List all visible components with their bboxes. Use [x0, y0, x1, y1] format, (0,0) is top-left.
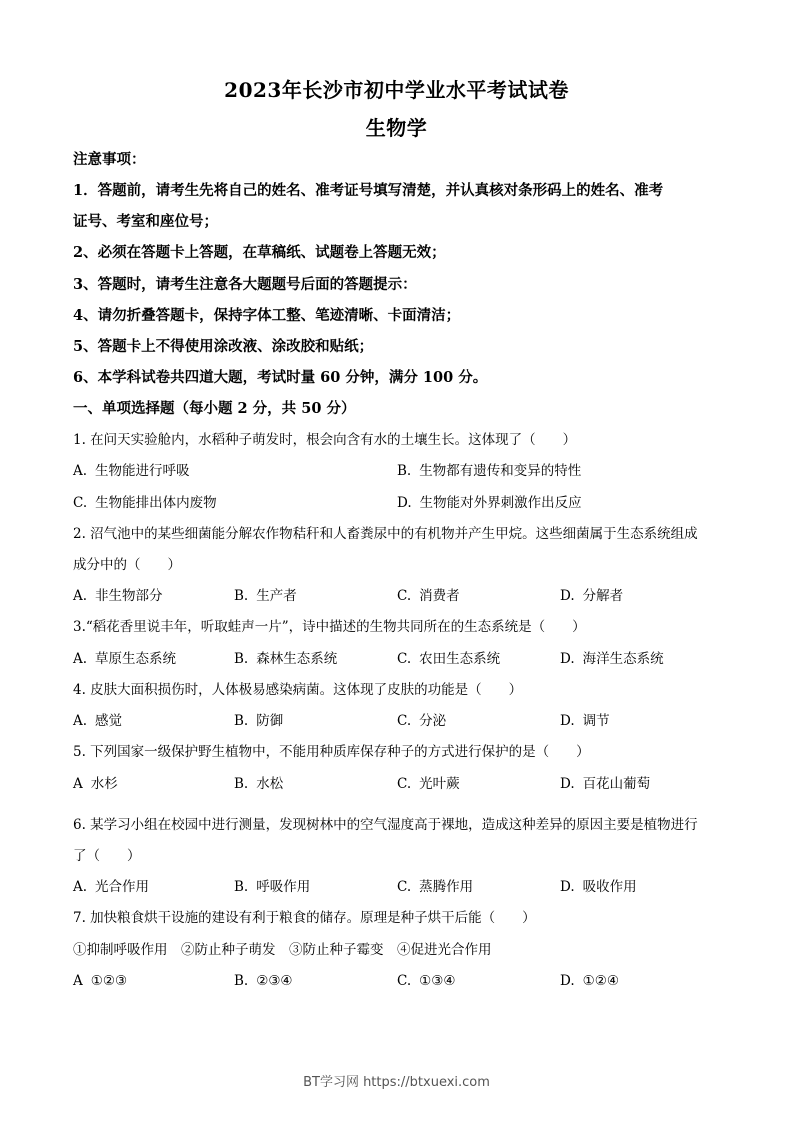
option-b[interactable]: B.生物都有遗传和变异的特性	[397, 462, 581, 480]
option-d[interactable]: D.①②④	[560, 972, 619, 990]
notice-item: 6、本学科试卷共四道大题，考试时量 60 分钟，满分 100 分。	[73, 369, 487, 387]
question-stem: 6. 某学习小组在校园中进行测量，发现树林中的空气湿度高于裸地，造成这种差异的原…	[73, 816, 698, 834]
question-statements: ①抑制呼吸作用 ②防止种子萌发 ③防止种子霉变 ④促进光合作用	[73, 941, 492, 959]
notice-item: 3、答题时，请考生注意各大题题号后面的答题提示：	[73, 276, 417, 294]
question-stem: 5. 下列国家一级保护野生植物中，不能用种质库保存种子的方式进行保护的是（ ）	[73, 743, 590, 761]
question-stem: 了（ ）	[73, 847, 141, 865]
notice-item: 1．答题前，请考生先将自己的姓名、准考证号填写清楚，并认真核对条形码上的姓名、准…	[73, 182, 663, 200]
option-c[interactable]: C.①③④	[397, 972, 455, 990]
option-b[interactable]: B.呼吸作用	[234, 878, 310, 896]
option-a[interactable]: A.感觉	[73, 712, 122, 730]
notice-heading: 注意事项：	[73, 151, 146, 169]
exam-page: 2023年长沙市初中学业水平考试试卷 生物学 注意事项： 1．答题前，请考生先将…	[0, 0, 793, 1122]
option-a[interactable]: A水杉	[73, 775, 118, 793]
question-stem: 1. 在问天实验舱内，水稻种子萌发时，根会向含有水的土壤生长。这体现了（ ）	[73, 431, 576, 449]
option-c[interactable]: C.分泌	[397, 712, 446, 730]
option-b[interactable]: B.防御	[234, 712, 283, 730]
notice-item: 证号、考室和座位号；	[73, 213, 218, 231]
option-b[interactable]: B.②③④	[234, 972, 293, 990]
option-a[interactable]: A.光合作用	[73, 878, 149, 896]
question-options: A水杉 B.水松 C.光叶蕨 D.百花山葡萄	[73, 775, 733, 793]
notice-item: 4、请勿折叠答题卡，保持字体工整、笔迹清晰、卡面清洁；	[73, 307, 460, 325]
option-b[interactable]: B.水松	[234, 775, 283, 793]
question-stem: 2. 沼气池中的某些细菌能分解农作物秸秆和人畜粪尿中的有机物并产生甲烷。这些细菌…	[73, 525, 698, 543]
section-heading: 一、单项选择题（每小题 2 分，共 50 分）	[73, 400, 355, 418]
exam-title: 2023年长沙市初中学业水平考试试卷	[0, 74, 793, 103]
option-c[interactable]: C.生物能排出体内废物	[73, 494, 217, 512]
option-c[interactable]: C.农田生态系统	[397, 650, 500, 668]
question-stem: 4. 皮肤大面积损伤时，人体极易感染病菌。这体现了皮肤的功能是（ ）	[73, 681, 522, 699]
question-options: A.非生物部分 B.生产者 C.消费者 D.分解者	[73, 587, 733, 605]
question-stem: 3.“稻花香里说丰年，听取蛙声一片”，诗中描述的生物共同所在的生态系统是（ ）	[73, 618, 586, 636]
option-b[interactable]: B.森林生态系统	[234, 650, 337, 668]
watermark-link[interactable]: BT学习网 https://btxuexi.com	[0, 1071, 793, 1090]
option-d[interactable]: D.吸收作用	[560, 878, 637, 896]
option-a[interactable]: A①②③	[73, 972, 127, 990]
option-c[interactable]: C.蒸腾作用	[397, 878, 473, 896]
question-options: A.草原生态系统 B.森林生态系统 C.农田生态系统 D.海洋生态系统	[73, 650, 733, 668]
option-d[interactable]: D.分解者	[560, 587, 623, 605]
question-options: C.生物能排出体内废物 D.生物能对外界刺激作出反应	[73, 494, 733, 512]
notice-item: 2、必须在答题卡上答题，在草稿纸、试题卷上答题无效；	[73, 244, 446, 262]
option-a[interactable]: A.生物能进行呼吸	[73, 462, 190, 480]
option-a[interactable]: A.非生物部分	[73, 587, 163, 605]
option-d[interactable]: D.调节	[560, 712, 610, 730]
option-d[interactable]: D.海洋生态系统	[560, 650, 664, 668]
exam-subject: 生物学	[0, 112, 793, 141]
question-options: A.感觉 B.防御 C.分泌 D.调节	[73, 712, 733, 730]
option-b[interactable]: B.生产者	[234, 587, 297, 605]
option-a[interactable]: A.草原生态系统	[73, 650, 176, 668]
option-d[interactable]: D.百花山葡萄	[560, 775, 650, 793]
question-options: A.生物能进行呼吸 B.生物都有遗传和变异的特性	[73, 462, 733, 480]
option-c[interactable]: C.消费者	[397, 587, 460, 605]
notice-item: 5、答题卡上不得使用涂改液、涂改胶和贴纸；	[73, 338, 373, 356]
question-stem: 7. 加快粮食烘干设施的建设有利于粮食的储存。原理是种子烘干后能（ ）	[73, 909, 536, 927]
option-c[interactable]: C.光叶蕨	[397, 775, 460, 793]
question-options: A①②③ B.②③④ C.①③④ D.①②④	[73, 972, 733, 990]
question-options: A.光合作用 B.呼吸作用 C.蒸腾作用 D.吸收作用	[73, 878, 733, 896]
option-d[interactable]: D.生物能对外界刺激作出反应	[397, 494, 582, 512]
question-stem: 成分中的（ ）	[73, 556, 181, 574]
